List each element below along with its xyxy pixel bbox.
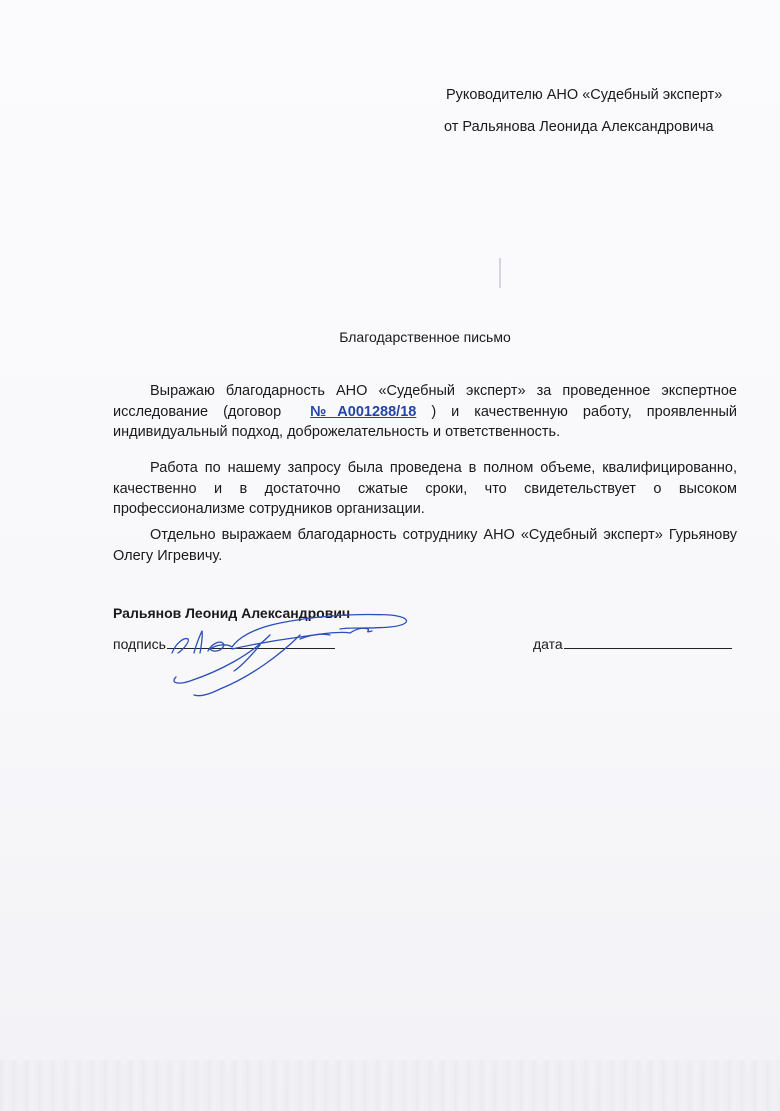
paragraph-employee-thanks: Отдельно выражаем благодарность сотрудни… (113, 525, 737, 566)
signer-name: Ральянов Леонид Александрович (113, 605, 350, 621)
signature-label: подпись (113, 636, 166, 652)
letter-title: Благодарственное письмо (0, 329, 780, 345)
paragraph-work-quality-text: Работа по нашему запросу была проведена … (113, 460, 737, 517)
scan-artifact-mark (499, 258, 501, 288)
scanned-letter-page: Руководителю АНО «Судебный эксперт» от Р… (0, 0, 780, 1111)
signature-field: подпись (113, 636, 335, 652)
paragraph-work-quality: Работа по нашему запросу была проведена … (113, 458, 737, 520)
contract-number-link[interactable]: №А001288/18 (310, 404, 416, 420)
paragraph-gratitude: Выражаю благодарность АНО «Судебный эксп… (113, 381, 737, 443)
paragraph-employee-thanks-text: Отдельно выражаем благодарность сотрудни… (113, 527, 737, 564)
date-field: дата (533, 636, 732, 652)
addressee-to-line: Руководителю АНО «Судебный эксперт» (446, 88, 722, 103)
date-line (564, 636, 732, 649)
signature-line (167, 636, 335, 649)
addressee-from-line: от Ральянова Леонида Александровича (444, 120, 714, 135)
scan-artifact-bottom (0, 1060, 780, 1111)
date-label: дата (533, 636, 563, 652)
